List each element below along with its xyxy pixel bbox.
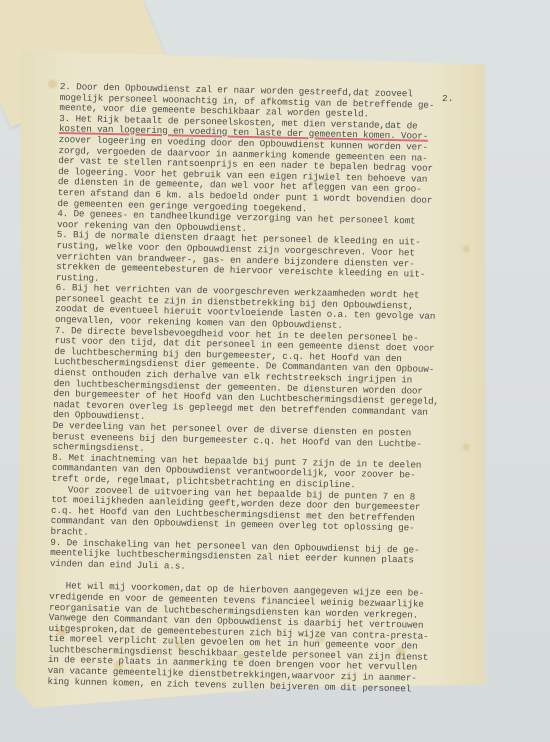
- document-body: 2. Door den Opbouwdienst zal er naar wor…: [47, 82, 490, 696]
